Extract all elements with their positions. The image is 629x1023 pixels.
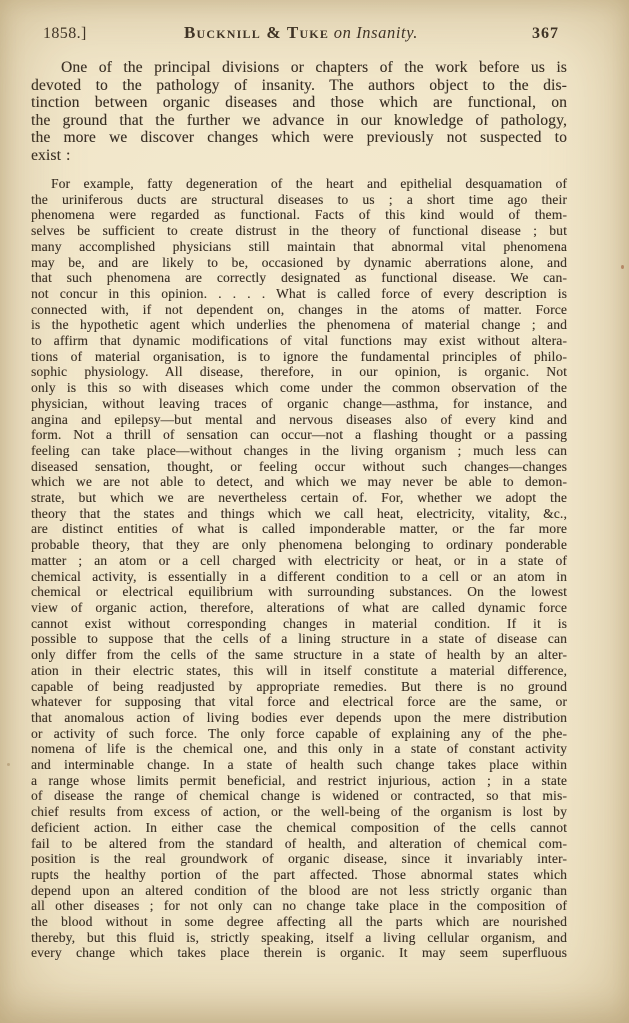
text-line: the uriniferous ducts are structural dis… [31, 192, 567, 208]
text-line: nomena of life is the chemical one, and … [31, 741, 567, 757]
text-line: of disease the range of chemical change … [31, 788, 567, 804]
text-line: many accomplished physicians still maint… [31, 239, 567, 255]
block-quotation: For example, fatty degeneration of the h… [31, 176, 567, 961]
text-line: For example, fatty degeneration of the h… [31, 176, 567, 192]
text-line: tions of material organisation, is to ig… [31, 349, 567, 365]
text-line: that such phenomena are correctly design… [31, 270, 567, 286]
text-line: that anomalous action of living bodies e… [31, 710, 567, 726]
text-line: all other diseases ; for not only can no… [31, 898, 567, 914]
text-line: only is this so with diseases which come… [31, 380, 567, 396]
text-line: whatever for supposing that vital force … [31, 694, 567, 710]
running-title-subject: on Insanity. [329, 23, 418, 42]
text-line: selves be sufficient to create distrust … [31, 223, 567, 239]
text-line: is the hypothetic agent which underlies … [31, 317, 567, 333]
text-line: possible to suppose that the cells of a … [31, 631, 567, 647]
text-line: ation in their electric states, this wil… [31, 663, 567, 679]
running-title: Bucknill & Tuke on Insanity. [184, 23, 418, 43]
text-line: sophic physiology. All disease, therefor… [31, 364, 567, 380]
text-line: chief results from excess of action, or … [31, 804, 567, 820]
text-line: probable theory, that they are only phen… [31, 537, 567, 553]
text-line: connected with, if not dependent on, cha… [31, 302, 567, 318]
text-line: matter ; an atom or a cell charged with … [31, 553, 567, 569]
text-line: thereby, but this fluid is, strictly spe… [31, 930, 567, 946]
text-line: angina and epilepsy—but mental and nervo… [31, 412, 567, 428]
text-line: One of the principal divisions or chapte… [31, 59, 567, 77]
book-page-scan: 1858.] Bucknill & Tuke on Insanity. 367 … [0, 0, 629, 1023]
text-line: diseased sensation, thought, or feeling … [31, 459, 567, 475]
text-line: every change which takes place therein i… [31, 945, 567, 961]
text-line: the blood without in some degree affecti… [31, 914, 567, 930]
text-line: deficient action. In either case the che… [31, 820, 567, 836]
text-line: and interminable change. In a state of h… [31, 757, 567, 773]
text-line: position is the real groundwork of organ… [31, 851, 567, 867]
text-line: devoted to the pathology of insanity. Th… [31, 77, 567, 95]
text-line: tinction between organic diseases and th… [31, 94, 567, 112]
text-line: feeling can take place—without changes i… [31, 443, 567, 459]
text-line: form. Not a thrill of sensation can occu… [31, 427, 567, 443]
text-line: not concur in this opinion. . . . . What… [31, 286, 567, 302]
intro-paragraph: One of the principal divisions or chapte… [31, 59, 567, 164]
text-line: only differ from the cells of the same s… [31, 647, 567, 663]
ink-speck [621, 265, 624, 269]
page-header: 1858.] Bucknill & Tuke on Insanity. 367 [43, 23, 559, 43]
text-line: rupts the healthy portion of the part af… [31, 867, 567, 883]
text-line: the more we discover changes which were … [31, 129, 567, 147]
text-line: depend upon an altered condition of the … [31, 883, 567, 899]
text-line: a range whose limits permit beneficial, … [31, 773, 567, 789]
running-title-authors: Bucknill & Tuke [184, 23, 329, 42]
text-line: exist : [31, 147, 567, 165]
text-line: physician, without leaving traces of org… [31, 396, 567, 412]
year-mark: 1858.] [43, 25, 87, 43]
text-line: to affirm that dynamic modifications of … [31, 333, 567, 349]
text-line: which we are not able to detect, and whi… [31, 474, 567, 490]
page-number: 367 [532, 25, 559, 43]
text-line: cannot exist without corresponding chang… [31, 616, 567, 632]
ink-speck [7, 763, 10, 766]
text-line: capable of being readjusted by appropria… [31, 679, 567, 695]
text-line: strate, but which we are nevertheless ce… [31, 490, 567, 506]
text-line: fail to be altered from the standard of … [31, 836, 567, 852]
text-line: are distinct entities of what is called … [31, 521, 567, 537]
text-line: or activity of such force. The only forc… [31, 726, 567, 742]
text-line: chemical activity, is essentially in a d… [31, 569, 567, 585]
text-line: phenomena were regarded as functional. F… [31, 207, 567, 223]
text-line: may be, and are likely to be, occasioned… [31, 255, 567, 271]
text-line: chemical or electrical equilibrium with … [31, 584, 567, 600]
text-line: the ground that the further we advance i… [31, 112, 567, 130]
text-line: view of organic action, therefore, alter… [31, 600, 567, 616]
text-line: theory that the states and things which … [31, 506, 567, 522]
